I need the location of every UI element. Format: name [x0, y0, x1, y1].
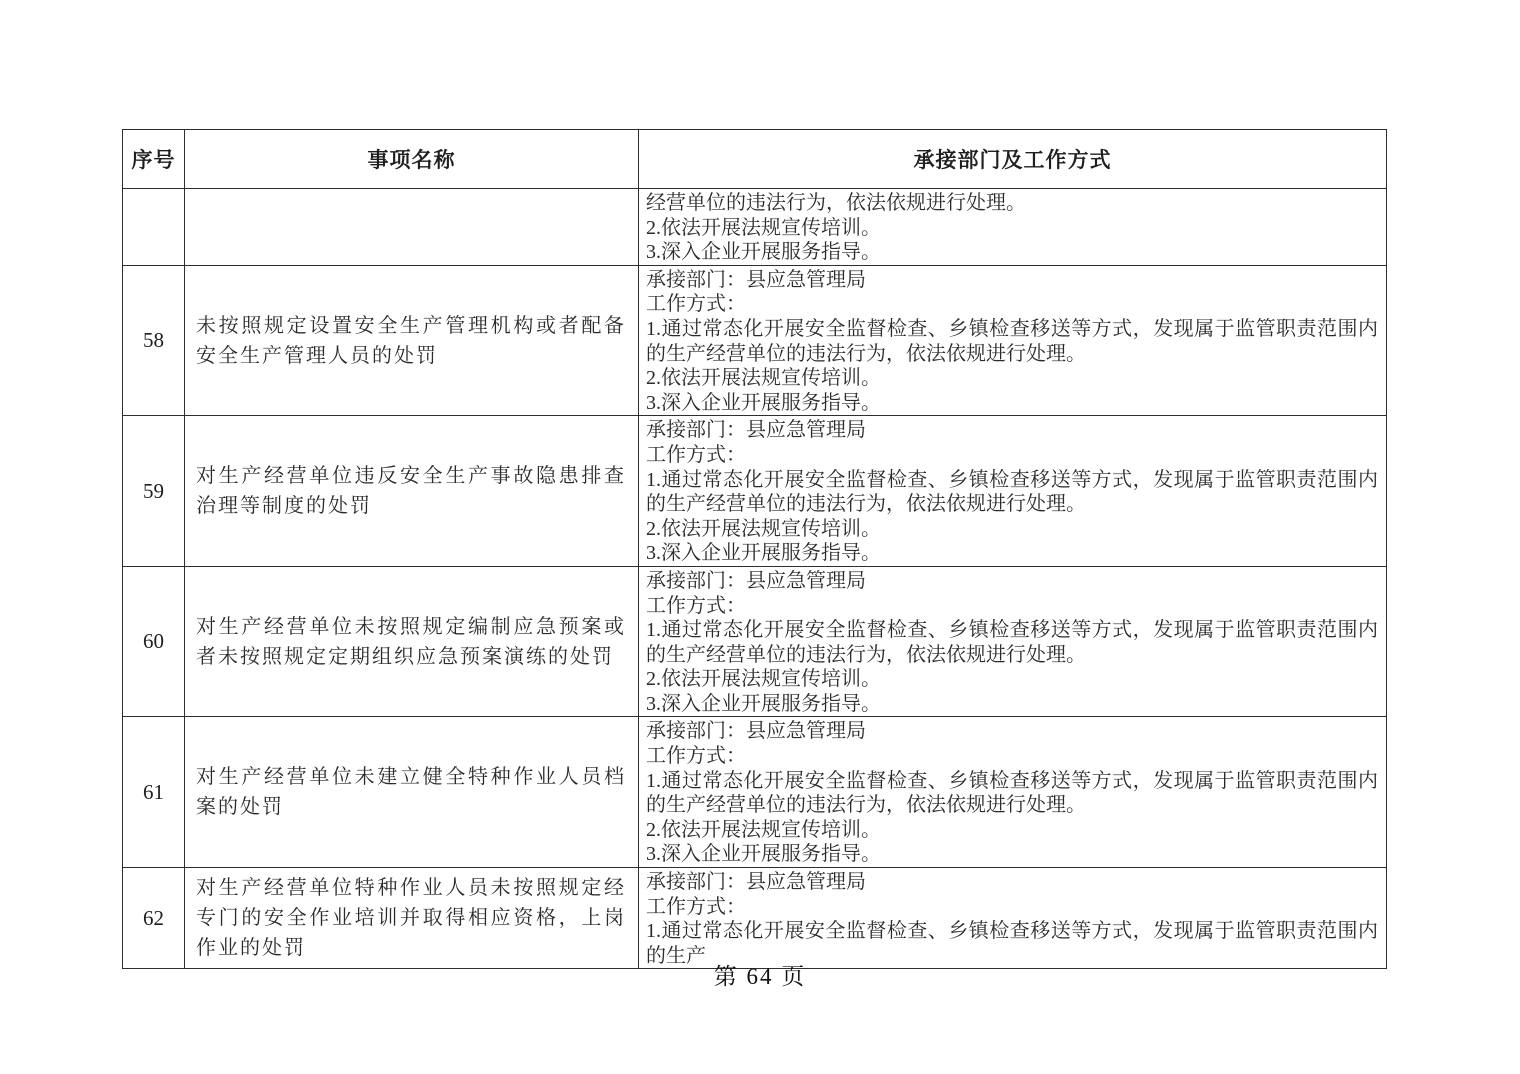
- table-row: 60 对生产经营单位未按照规定编制应急预案或者未按照规定定期组织应急预案演练的处…: [123, 566, 1387, 717]
- item-name-cell: 未按照规定设置安全生产管理机构或者配备安全生产管理人员的处罚: [185, 265, 639, 416]
- department-method-cell: 承接部门：县应急管理局 工作方式： 1.通过常态化开展安全监督检查、乡镇检查移送…: [639, 717, 1387, 868]
- responsibility-table: 序号 事项名称 承接部门及工作方式 经营单位的违法行为，依法依规进行处理。 2.…: [122, 129, 1387, 969]
- row-number-cell: 59: [123, 416, 185, 567]
- col-header-index: 序号: [123, 130, 185, 189]
- department-method-cell: 承接部门：县应急管理局 工作方式： 1.通过常态化开展安全监督检查、乡镇检查移送…: [639, 868, 1387, 969]
- col-header-department-method: 承接部门及工作方式: [639, 130, 1387, 189]
- page-number: 第 64 页: [0, 958, 1520, 991]
- table-row: 59 对生产经营单位违反安全生产事故隐患排查治理等制度的处罚 承接部门：县应急管…: [123, 416, 1387, 567]
- document-page: 序号 事项名称 承接部门及工作方式 经营单位的违法行为，依法依规进行处理。 2.…: [0, 0, 1520, 1074]
- department-method-cell: 经营单位的违法行为，依法依规进行处理。 2.依法开展法规宣传培训。 3.深入企业…: [639, 189, 1387, 266]
- table-row: 经营单位的违法行为，依法依规进行处理。 2.依法开展法规宣传培训。 3.深入企业…: [123, 189, 1387, 266]
- row-number-cell: 61: [123, 717, 185, 868]
- table-row: 61 对生产经营单位未建立健全特种作业人员档案的处罚 承接部门：县应急管理局 工…: [123, 717, 1387, 868]
- table-header-row: 序号 事项名称 承接部门及工作方式: [123, 130, 1387, 189]
- table-row: 62 对生产经营单位特种作业人员未按照规定经专门的安全作业培训并取得相应资格，上…: [123, 868, 1387, 969]
- row-number-cell: 62: [123, 868, 185, 969]
- item-name-cell: [185, 189, 639, 266]
- department-method-cell: 承接部门：县应急管理局 工作方式： 1.通过常态化开展安全监督检查、乡镇检查移送…: [639, 566, 1387, 717]
- item-name-cell: 对生产经营单位违反安全生产事故隐患排查治理等制度的处罚: [185, 416, 639, 567]
- item-name-cell: 对生产经营单位特种作业人员未按照规定经专门的安全作业培训并取得相应资格，上岗作业…: [185, 868, 639, 969]
- item-name-cell: 对生产经营单位未按照规定编制应急预案或者未按照规定定期组织应急预案演练的处罚: [185, 566, 639, 717]
- department-method-cell: 承接部门：县应急管理局 工作方式： 1.通过常态化开展安全监督检查、乡镇检查移送…: [639, 265, 1387, 416]
- row-number-cell: [123, 189, 185, 266]
- row-number-cell: 58: [123, 265, 185, 416]
- table-row: 58 未按照规定设置安全生产管理机构或者配备安全生产管理人员的处罚 承接部门：县…: [123, 265, 1387, 416]
- col-header-item-name: 事项名称: [185, 130, 639, 189]
- row-number-cell: 60: [123, 566, 185, 717]
- item-name-cell: 对生产经营单位未建立健全特种作业人员档案的处罚: [185, 717, 639, 868]
- department-method-cell: 承接部门：县应急管理局 工作方式： 1.通过常态化开展安全监督检查、乡镇检查移送…: [639, 416, 1387, 567]
